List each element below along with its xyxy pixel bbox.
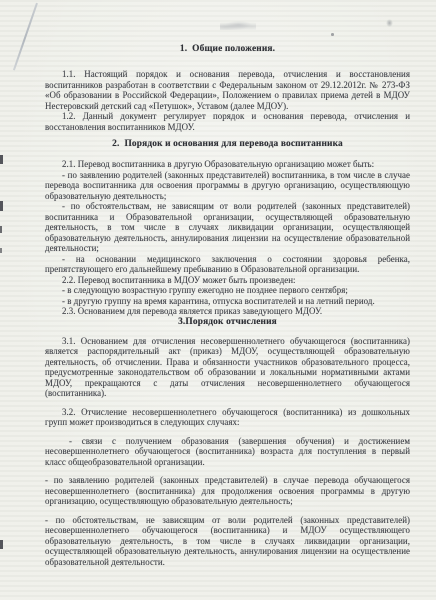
paragraph-3-1: 3.1. Основанием для отчисления несоверше… — [45, 336, 410, 399]
page-corner-crease — [13, 3, 38, 71]
ink-speck — [386, 19, 393, 27]
bullet-quarantine-group: - в другую группу на время карантина, от… — [45, 296, 410, 307]
paragraph-3-2: 3.2. Отчисление несовершеннолетнего обуч… — [45, 407, 410, 428]
scan-edge-mark — [0, 540, 3, 549]
paragraph-2-3: 2.3. Основанием для перевода является пр… — [45, 306, 410, 317]
paragraph-2-1: 2.1. Перевод воспитанника в другую Образ… — [45, 159, 410, 170]
scan-edge-mark — [0, 155, 3, 164]
bullet-expulsion-completion: - связи с получением образования (заверш… — [45, 436, 410, 468]
pencil-smudge — [220, 21, 256, 30]
bullet-transfer-medical: - на основании медицинского заключения о… — [45, 254, 410, 275]
scan-edge-mark — [0, 201, 3, 211]
section-heading-expulsion-procedure: 3.Порядок отчисления — [45, 317, 410, 328]
scan-edge-mark — [0, 226, 2, 233]
bullet-transfer-circumstances: - по обстоятельствам, не зависящим от во… — [45, 201, 410, 254]
scanned-document-page: 1. Общие положения. 1.1. Настоящий поряд… — [0, 0, 436, 600]
paragraph-2-2: 2.2. Перевод воспитанника в МДОУ может б… — [45, 275, 410, 286]
paragraph-1-1: 1.1. Настоящий порядок и основания перев… — [45, 69, 410, 111]
section-heading-general-provisions: 1. Общие положения. — [45, 44, 410, 55]
scan-edge-mark — [0, 248, 2, 253]
paragraph-1-2: 1.2. Данный документ регулирует порядок … — [45, 111, 410, 132]
section-heading-transfer-procedure: 2. Порядок и основания для перевода восп… — [45, 139, 410, 150]
ink-dot — [331, 33, 334, 36]
bullet-age-group: - в следующую возрастную группу ежегодно… — [45, 285, 410, 296]
bullet-expulsion-parent-request: - по заявлению родителей (законных предс… — [45, 475, 410, 507]
document-body: 1. Общие положения. 1.1. Настоящий поряд… — [45, 44, 410, 567]
bullet-transfer-parent-request: - по заявлению родителей (законных предс… — [45, 170, 410, 202]
bullet-expulsion-circumstances: - по обстоятельствам, не зависящим от во… — [45, 515, 410, 568]
